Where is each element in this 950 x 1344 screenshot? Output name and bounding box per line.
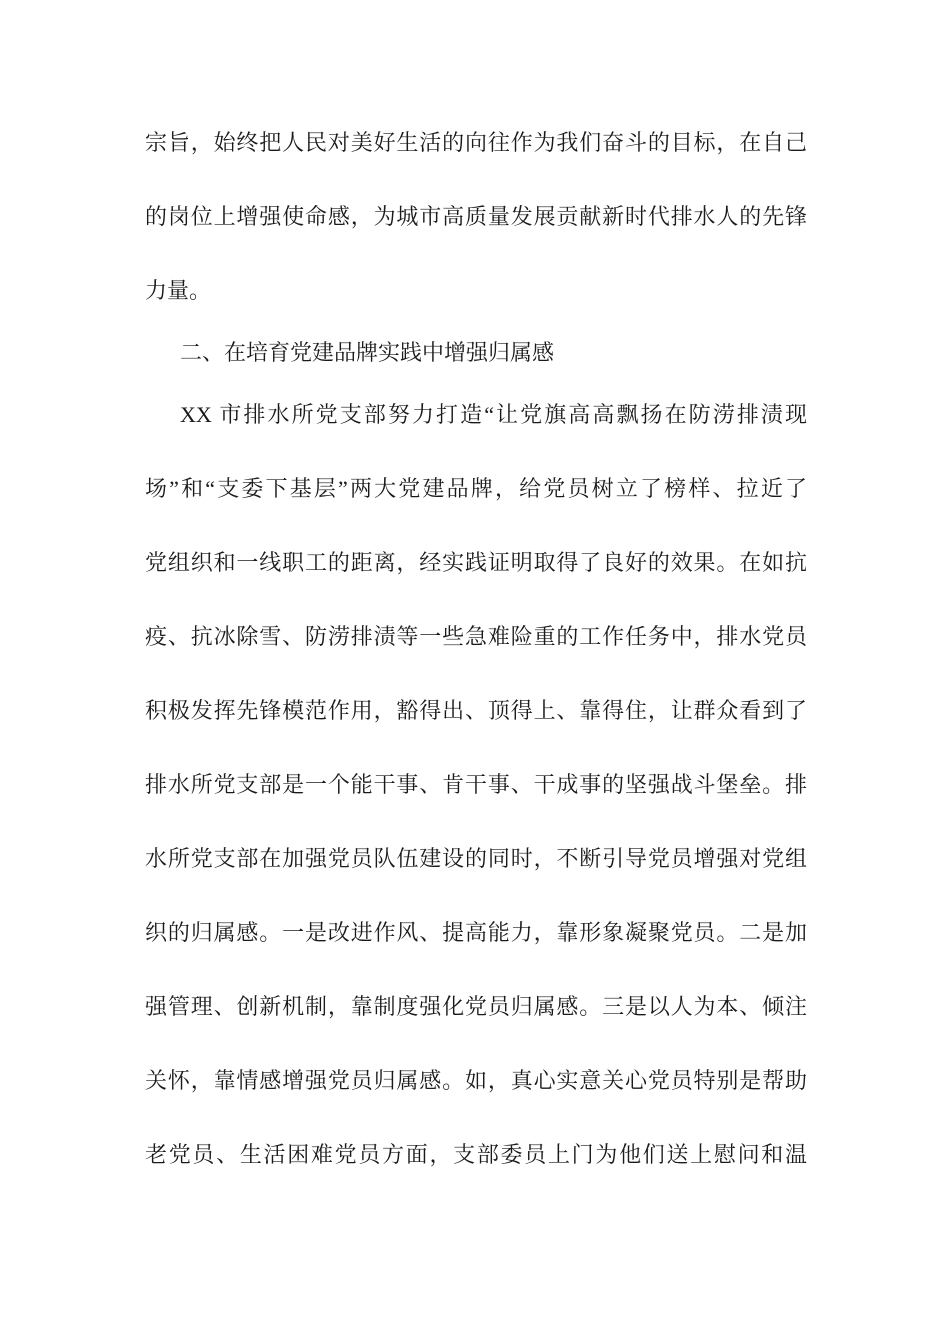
text-line: 强管理、创新机制，靠制度强化党员归属感。三是以人为本、倾注 <box>145 970 807 1044</box>
text-line: 排水所党支部是一个能干事、肯干事、干成事的坚强战斗堡垒。排 <box>145 748 807 822</box>
text-line: XX 市排水所党支部努力打造“让党旗高高飘扬在防涝排渍现 <box>145 378 807 452</box>
text-line: 疫、抗冰除雪、防涝排渍等一些急难险重的工作任务中，排水党员 <box>145 600 807 674</box>
text-line: 宗旨，始终把人民对美好生活的向往作为我们奋斗的目标，在自己 <box>145 106 807 180</box>
text-line: 场”和“支委下基层”两大党建品牌，给党员树立了榜样、拉近了 <box>145 452 807 526</box>
text-line: 关怀，靠情感增强党员归属感。如，真心实意关心党员特别是帮助 <box>145 1044 807 1118</box>
text-line: 积极发挥先锋模范作用，豁得出、顶得上、靠得住，让群众看到了 <box>145 674 807 748</box>
text-line: 织的归属感。一是改进作风、提高能力，靠形象凝聚党员。二是加 <box>145 896 807 970</box>
text-line: 老党员、生活困难党员方面，支部委员上门为他们送上慰问和温 <box>145 1118 807 1192</box>
text-line: 力量。 <box>145 254 807 328</box>
document-text-block: 宗旨，始终把人民对美好生活的向往作为我们奋斗的目标，在自己 的岗位上增强使命感，… <box>145 106 807 1192</box>
text-line: 水所党支部在加强党员队伍建设的同时，不断引导党员增强对党组 <box>145 822 807 896</box>
section-heading: 二、在培育党建品牌实践中增强归属感 <box>145 328 807 378</box>
text-line: 的岗位上增强使命感，为城市高质量发展贡献新时代排水人的先锋 <box>145 180 807 254</box>
text-line: 党组织和一线职工的距离，经实践证明取得了良好的效果。在如抗 <box>145 526 807 600</box>
document-page: 宗旨，始终把人民对美好生活的向往作为我们奋斗的目标，在自己 的岗位上增强使命感，… <box>0 0 950 1344</box>
